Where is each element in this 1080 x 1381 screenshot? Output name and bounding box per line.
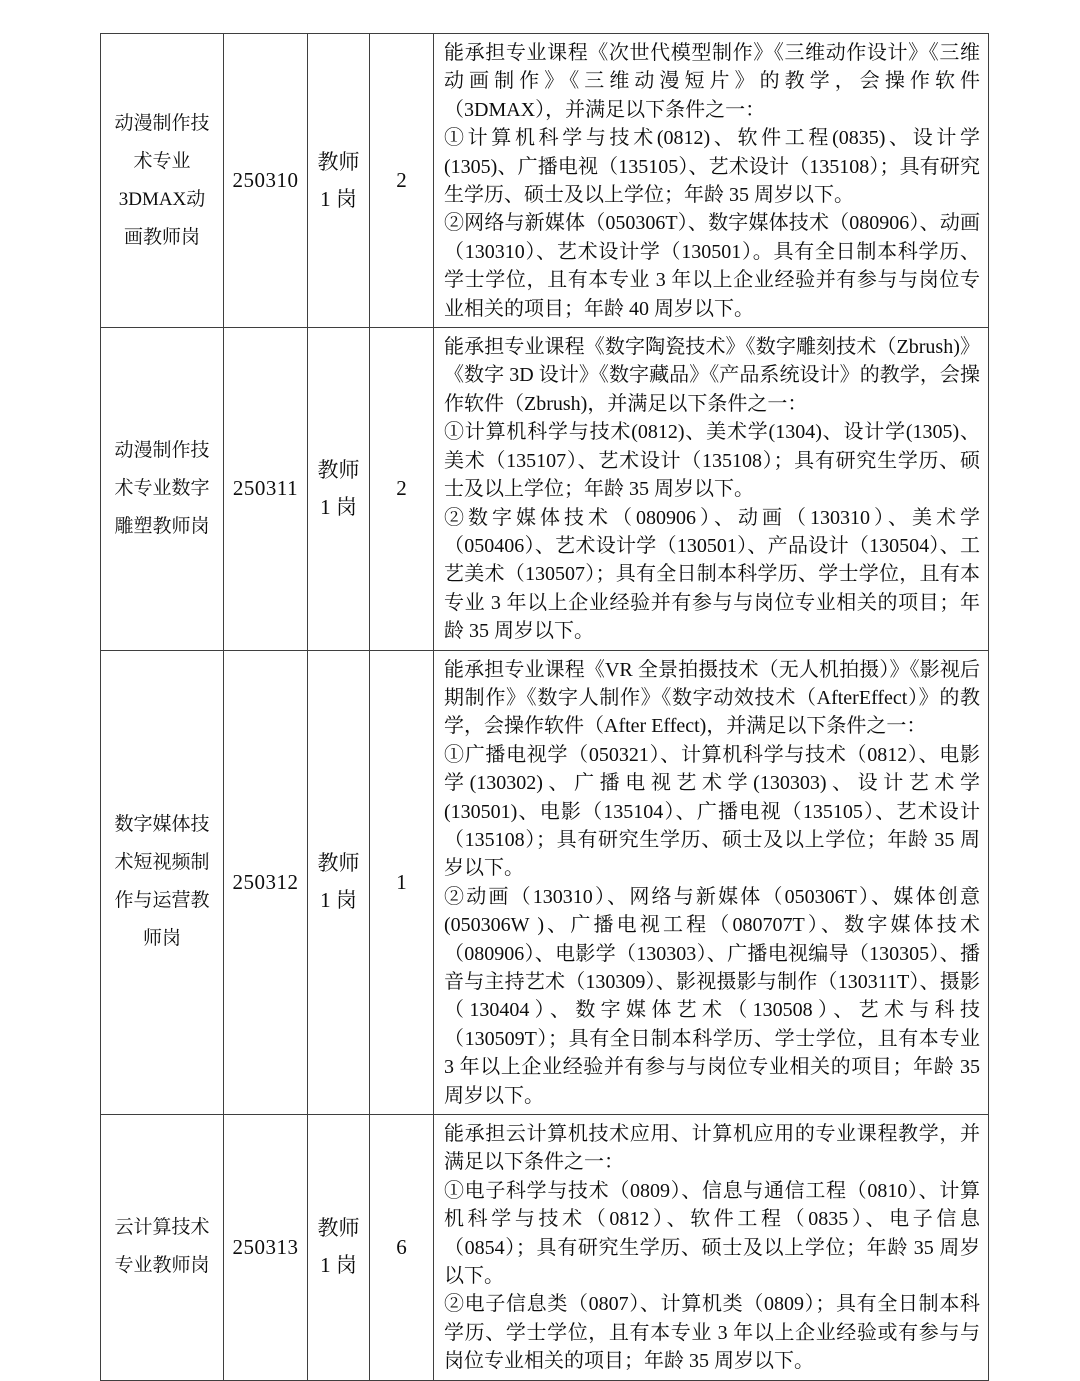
- requirement-item-1: ①广播电视学（050321）、计算机科学与技术（0812）、电影学(130302…: [444, 741, 980, 883]
- requirement-item-1: ①计算机科学与技术(0812)、软件工程(0835)、设计学(1305)、广播电…: [444, 124, 980, 209]
- position-code-cell: 250311: [224, 328, 308, 650]
- headcount-cell: 6: [370, 1115, 434, 1381]
- position-name-cell: 云计算技术专业教师岗: [101, 1115, 224, 1381]
- headcount-cell: 2: [370, 328, 434, 650]
- requirements-cell: 能承担专业课程《VR 全景拍摄技术（无人机拍摄）》《影视后期制作》《数字人制作》…: [434, 650, 989, 1115]
- requirement-item-1: ①计算机科学与技术(0812)、美术学(1304)、设计学(1305)、美术（1…: [444, 418, 980, 503]
- requirement-item-2: ②网络与新媒体（050306T）、数字媒体技术（080906）、动画（13031…: [444, 209, 980, 323]
- requirements-cell: 能承担云计算机技术应用、计算机应用的专业课程教学，并满足以下条件之一： ①电子科…: [434, 1115, 989, 1381]
- requirement-item-1: ①电子科学与技术（0809）、信息与通信工程（0810）、计算机科学与技术（08…: [444, 1177, 980, 1291]
- requirement-intro: 能承担云计算机技术应用、计算机应用的专业课程教学，并满足以下条件之一：: [444, 1120, 980, 1177]
- table-row: 数字媒体技术短视频制作与运营教师岗 250312 教师 1 岗 1 能承担专业课…: [101, 650, 989, 1115]
- requirement-item-2: ②电子信息类（0807）、计算机类（0809）；具有全日制本科学历、学士学位，且…: [444, 1290, 980, 1375]
- post-type-cell: 教师 1 岗: [308, 328, 370, 650]
- requirement-intro: 能承担专业课程《VR 全景拍摄技术（无人机拍摄）》《影视后期制作》《数字人制作》…: [444, 656, 980, 741]
- position-code-cell: 250313: [224, 1115, 308, 1381]
- table-row: 动漫制作技术专业数字雕塑教师岗 250311 教师 1 岗 2 能承担专业课程《…: [101, 328, 989, 650]
- requirement-intro: 能承担专业课程《次世代模型制作》《三维动作设计》《三维动画制作》《三维动漫短片》…: [444, 39, 980, 124]
- headcount-cell: 1: [370, 650, 434, 1115]
- position-code-cell: 250312: [224, 650, 308, 1115]
- requirements-cell: 能承担专业课程《次世代模型制作》《三维动作设计》《三维动画制作》《三维动漫短片》…: [434, 34, 989, 328]
- table-row: 云计算技术专业教师岗 250313 教师 1 岗 6 能承担云计算机技术应用、计…: [101, 1115, 989, 1381]
- recruitment-positions-table: 动漫制作技术专业3DMAX动画教师岗 250310 教师 1 岗 2 能承担专业…: [100, 33, 989, 1381]
- post-type-cell: 教师 1 岗: [308, 650, 370, 1115]
- post-type-cell: 教师 1 岗: [308, 34, 370, 328]
- requirement-item-2: ②动画（130310）、网络与新媒体（050306T）、媒体创意(050306W…: [444, 883, 980, 1110]
- position-name-cell: 数字媒体技术短视频制作与运营教师岗: [101, 650, 224, 1115]
- position-code-cell: 250310: [224, 34, 308, 328]
- requirement-intro: 能承担专业课程《数字陶瓷技术》《数字雕刻技术（Zbrush)》《数字 3D 设计…: [444, 333, 980, 418]
- position-name-cell: 动漫制作技术专业3DMAX动画教师岗: [101, 34, 224, 328]
- post-type-cell: 教师 1 岗: [308, 1115, 370, 1381]
- requirement-item-2: ②数字媒体技术（080906）、动画（130310）、美术学（050406）、艺…: [444, 504, 980, 646]
- table-row: 动漫制作技术专业3DMAX动画教师岗 250310 教师 1 岗 2 能承担专业…: [101, 34, 989, 328]
- requirements-cell: 能承担专业课程《数字陶瓷技术》《数字雕刻技术（Zbrush)》《数字 3D 设计…: [434, 328, 989, 650]
- position-name-cell: 动漫制作技术专业数字雕塑教师岗: [101, 328, 224, 650]
- headcount-cell: 2: [370, 34, 434, 328]
